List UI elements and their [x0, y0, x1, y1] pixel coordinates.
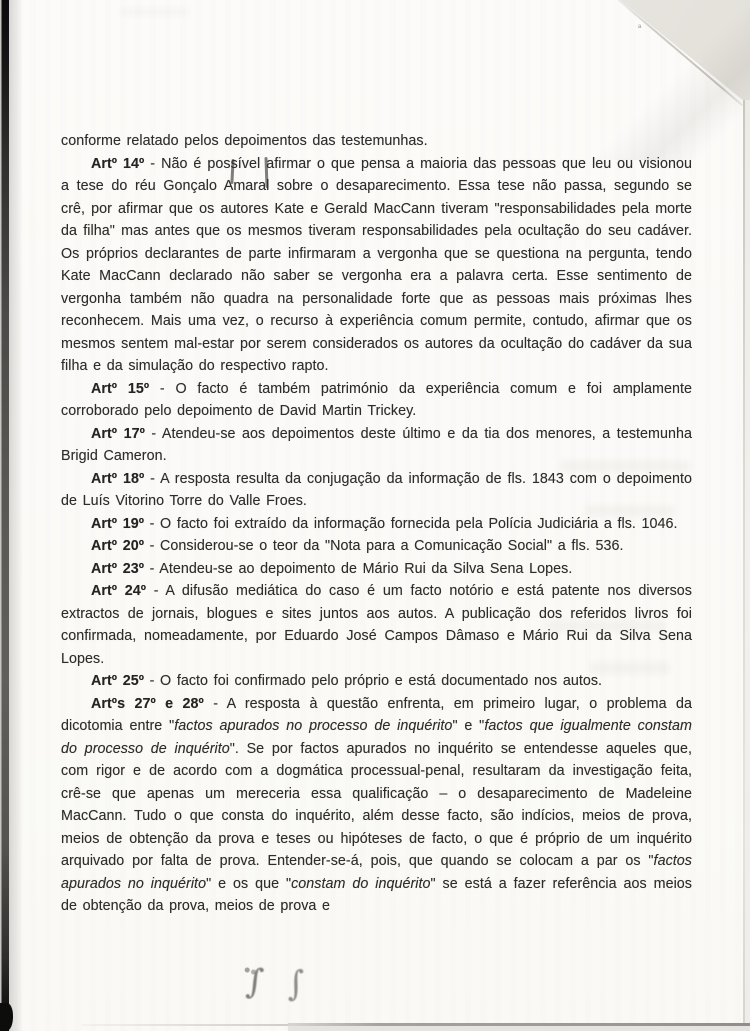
text-segment: - Atendeu-se ao depoimento de Mário Rui … [144, 561, 572, 577]
paragraph: Artº 24º - A difusão mediática do caso é… [61, 580, 692, 670]
right-page-edge-gutter [745, 100, 750, 1031]
paragraph: conforme relatado pelos depoimentos das … [61, 130, 692, 153]
article-label: Artº 18º [91, 471, 144, 487]
text-segment: - Considerou-se o teor da "Nota para a C… [144, 538, 624, 554]
article-label: Artº 24º [91, 583, 146, 599]
text-segment: - O facto foi confirmado pelo próprio e … [144, 673, 602, 689]
document-body: conforme relatado pelos depoimentos das … [61, 130, 692, 918]
left-scan-edge-shadow [9, 0, 23, 1031]
article-label: Artº 19º [91, 516, 144, 532]
text-segment: " e os que " [206, 876, 291, 892]
paragraph: Artº 14º - Não é possível afirmar o que … [61, 153, 692, 378]
article-label: Artº 23º [91, 561, 144, 577]
text-segment: constam do inquérito [291, 876, 430, 892]
paragraph: Artº 15º - O facto é também património d… [61, 378, 692, 423]
ink-smudge-mark: ∫ [286, 964, 306, 1005]
article-label: Artº 25º [91, 673, 144, 689]
text-segment: - O facto foi extraído da informação for… [144, 516, 678, 532]
paragraph: Artº 20º - Considerou-se o teor da "Nota… [61, 535, 692, 558]
text-segment: ". Se por factos apurados no inquérito s… [61, 741, 692, 870]
ink-smudge-dots [243, 966, 257, 976]
paragraph: Artº 17º - Atendeu-se aos depoimentos de… [61, 423, 692, 468]
article-label: Artº 15º [91, 381, 149, 397]
bottom-scan-line [288, 1023, 750, 1026]
paragraph: Artºs 27º e 28º - A resposta à questão e… [61, 693, 692, 918]
right-page-edge-line [743, 100, 745, 1031]
bottom-left-ink-blob [0, 1003, 13, 1031]
article-label: Artº 20º [91, 538, 144, 554]
left-scan-edge [0, 0, 9, 1031]
text-segment: conforme relatado pelos depoimentos das … [61, 133, 428, 149]
article-label: Artº 17º [91, 426, 145, 442]
article-label: Artºs 27º e 28º [91, 696, 204, 712]
article-label: Artº 14º [91, 156, 144, 172]
stray-speck-mark: ª [638, 24, 644, 33]
paragraph: Artº 25º - O facto foi confirmado pelo p… [61, 670, 692, 693]
paragraph: Artº 18º - A resposta resulta da conjuga… [61, 468, 692, 513]
paragraph: Artº 23º - Atendeu-se ao depoimento de M… [61, 558, 692, 581]
text-segment: factos apurados no processo de inquérito [174, 718, 452, 734]
text-segment: - A resposta resulta da conjugação da in… [61, 471, 692, 510]
text-segment: - Não é possível afirmar o que pensa a m… [61, 156, 692, 375]
text-segment: - O facto é também património da experiê… [61, 381, 692, 420]
bottom-scan-band [288, 1026, 750, 1031]
text-segment: - A difusão mediática do caso é um facto… [61, 583, 692, 667]
paragraph: Artº 19º - O facto foi extraído da infor… [61, 513, 692, 536]
text-segment: - Atendeu-se aos depoimentos deste últim… [61, 426, 692, 465]
text-segment: " e " [452, 718, 484, 734]
bottom-scan-line-faint [82, 1024, 288, 1026]
reverse-side-bleedthrough [120, 8, 190, 16]
scan-page: ª ∫ ∫ conforme relatado pelos depoimento… [0, 0, 750, 1031]
